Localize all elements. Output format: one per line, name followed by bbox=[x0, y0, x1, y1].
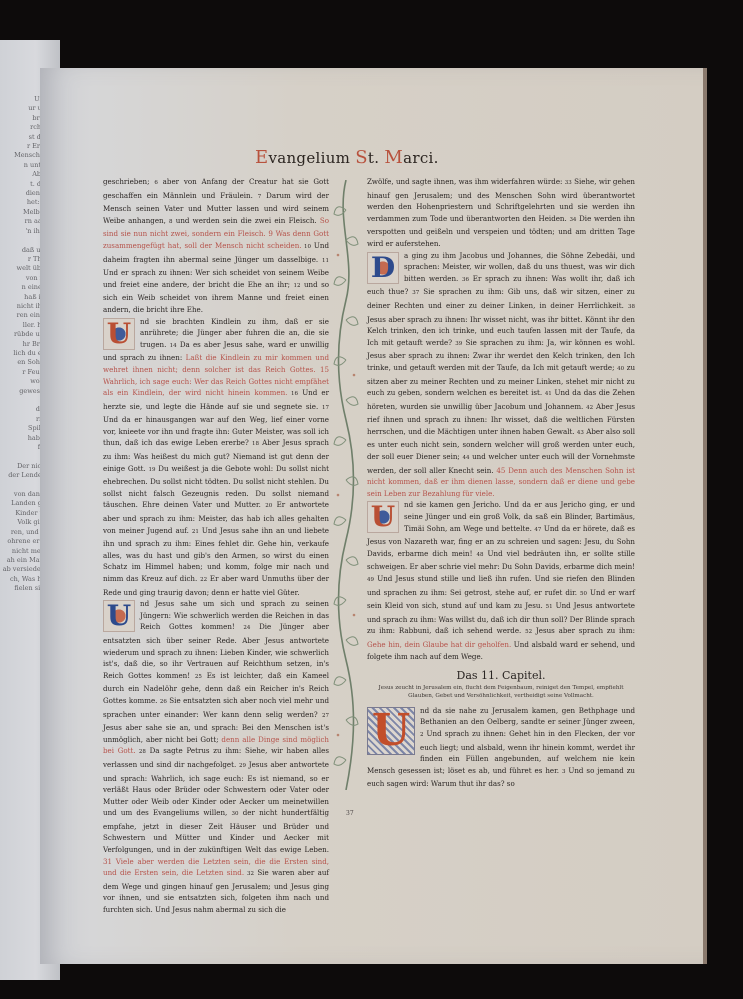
title-initial-e: E bbox=[255, 147, 268, 168]
verse-number: 21 bbox=[192, 529, 199, 535]
vine-ornament-divider bbox=[332, 180, 360, 790]
illuminated-initial-large: U bbox=[367, 707, 415, 755]
illuminated-initial: U bbox=[103, 600, 135, 632]
rubric-text: Gehe hin, dein Glaube hat dir geholfen. bbox=[367, 640, 511, 649]
verse-number: 19 bbox=[149, 467, 156, 473]
paragraph: Da ging zu ihm Jacobus und Johannes, die… bbox=[367, 250, 635, 500]
title-initial-m: M bbox=[384, 147, 403, 168]
text-column-left: geschrieben; 6 aber von Anfang der Creat… bbox=[103, 176, 329, 916]
page-edge bbox=[703, 68, 707, 964]
text-column-right: Zwölfe, und sagte ihnen, was ihm widerfa… bbox=[367, 176, 635, 790]
verse-number: 11 bbox=[322, 258, 329, 264]
illuminated-initial: U bbox=[103, 318, 135, 350]
paragraph: Zwölfe, und sagte ihnen, was ihm widerfa… bbox=[367, 176, 635, 250]
text: geschrieben; bbox=[103, 177, 154, 186]
verse-number: 25 bbox=[195, 674, 202, 680]
title-text: arci. bbox=[403, 149, 439, 167]
verse-number: 17 bbox=[322, 405, 329, 411]
text: Jesus aber sprach zu ihm: bbox=[532, 626, 635, 635]
illuminated-initial: U bbox=[367, 501, 399, 533]
verse-number: 28 bbox=[136, 749, 146, 755]
verse-number: 50 bbox=[580, 591, 587, 597]
verse-number: 32 bbox=[244, 871, 254, 877]
verse-number: 30 bbox=[232, 811, 239, 817]
verse-number: 51 bbox=[546, 604, 553, 610]
paragraph: Und sie kamen gen Jericho. Und da er aus… bbox=[367, 499, 635, 662]
verse-number: 33 bbox=[565, 180, 572, 186]
verse-number: 49 bbox=[367, 577, 374, 583]
paragraph: Und Jesus sahe um sich und sprach zu sei… bbox=[103, 598, 329, 915]
verse-number: 36 bbox=[462, 277, 469, 283]
verse-number: 16 bbox=[287, 391, 298, 397]
verse-number: 14 bbox=[170, 343, 177, 349]
verse-number: 38 bbox=[628, 304, 635, 310]
verse-number: 18 bbox=[252, 441, 259, 447]
title-text: t. bbox=[368, 149, 384, 167]
page-number: 37 bbox=[346, 810, 354, 817]
verse-number: 27 bbox=[322, 713, 329, 719]
paragraph: geschrieben; 6 aber von Anfang der Creat… bbox=[103, 176, 329, 316]
text: und werden sein die zwei ein Fleisch. bbox=[173, 216, 320, 225]
verse-number: 10 bbox=[302, 244, 311, 250]
verse-number: 41 bbox=[545, 391, 552, 397]
title-initial-s: S bbox=[355, 147, 368, 168]
verse-number: 43 bbox=[577, 430, 584, 436]
chapter-summary: Jesus zeucht in Jerusalem ein, flucht de… bbox=[375, 684, 627, 700]
title-text: vangelium bbox=[268, 149, 355, 167]
illuminated-initial: D bbox=[367, 252, 399, 284]
text: Zwölfe, und sagte ihnen, was ihm widerfa… bbox=[367, 177, 565, 186]
paragraph: Und da sie nahe zu Jerusalem kamen, gen … bbox=[367, 705, 635, 790]
paragraph: Und sie brachten Kindlein zu ihm, daß er… bbox=[103, 316, 329, 599]
text: nd da sie nahe zu Jerusalem kamen, gen B… bbox=[420, 706, 635, 727]
verse-number: 26 bbox=[160, 699, 167, 705]
verse-number: 29 bbox=[239, 763, 246, 769]
page-title: Evangelium St. Marci. bbox=[255, 147, 439, 168]
chapter-heading: Das 11. Capitel. bbox=[367, 670, 635, 682]
